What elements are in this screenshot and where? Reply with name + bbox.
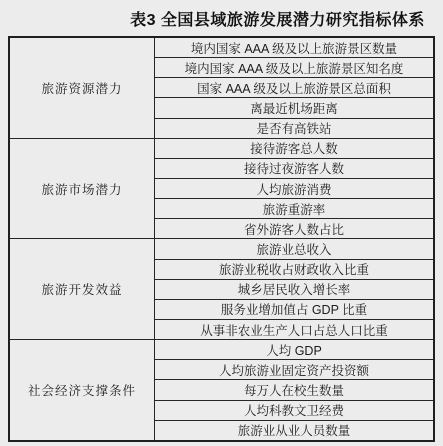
- table-row: 旅游市场潜力 接待游客总人数: [9, 138, 434, 158]
- indicator-cell: 是否有高铁站: [155, 118, 435, 138]
- indicator-cell: 接待过夜游客人数: [155, 158, 435, 178]
- table-row: 社会经济支撑条件 人均 GDP: [9, 340, 434, 360]
- indicator-cell: 人均科教文卫经费: [155, 400, 435, 420]
- indicator-cell: 人均 GDP: [155, 340, 435, 360]
- category-tourism-development-benefit: 旅游开发效益: [9, 239, 155, 340]
- category-socioeconomic-support: 社会经济支撑条件: [9, 340, 155, 441]
- indicator-cell: 离最近机场距离: [155, 98, 435, 118]
- table-row: 旅游开发效益 旅游业总收入: [9, 239, 434, 259]
- indicator-cell: 旅游业从业人员数量: [155, 420, 435, 441]
- indicator-cell: 从事非农业生产人口占总人口比重: [155, 320, 435, 340]
- indicator-cell: 国家 AAA 级及以上旅游景区总面积: [155, 78, 435, 98]
- indicator-cell: 人均旅游业固定资产投资额: [155, 360, 435, 380]
- indicator-cell: 境内国家 AAA 级及以上旅游景区知名度: [155, 58, 435, 78]
- category-tourism-market-potential: 旅游市场潜力: [9, 138, 155, 239]
- indicator-cell: 每万人在校生数量: [155, 380, 435, 400]
- table-title: 表3 全国县域旅游发展潜力研究指标体系: [0, 7, 443, 30]
- category-tourism-resource-potential: 旅游资源潜力: [9, 37, 155, 138]
- table-row: 旅游资源潜力 境内国家 AAA 级及以上旅游景区数量: [9, 37, 434, 58]
- indicator-cell: 服务业增加值占 GDP 比重: [155, 299, 435, 319]
- indicator-cell: 接待游客总人数: [155, 138, 435, 158]
- indicator-cell: 旅游业总收入: [155, 239, 435, 259]
- indicator-table: 旅游资源潜力 境内国家 AAA 级及以上旅游景区数量 境内国家 AAA 级及以上…: [8, 36, 435, 442]
- page: 表3 全国县域旅游发展潜力研究指标体系 旅游资源潜力 境内国家 AAA 级及以上…: [0, 0, 443, 446]
- indicator-cell: 城乡居民收入增长率: [155, 279, 435, 299]
- indicator-cell: 旅游重游率: [155, 199, 435, 219]
- indicator-cell: 境内国家 AAA 级及以上旅游景区数量: [155, 37, 435, 58]
- indicator-cell: 人均旅游消费: [155, 179, 435, 199]
- indicator-cell: 旅游业税收占财政收入比重: [155, 259, 435, 279]
- indicator-cell: 省外游客人数占比: [155, 219, 435, 239]
